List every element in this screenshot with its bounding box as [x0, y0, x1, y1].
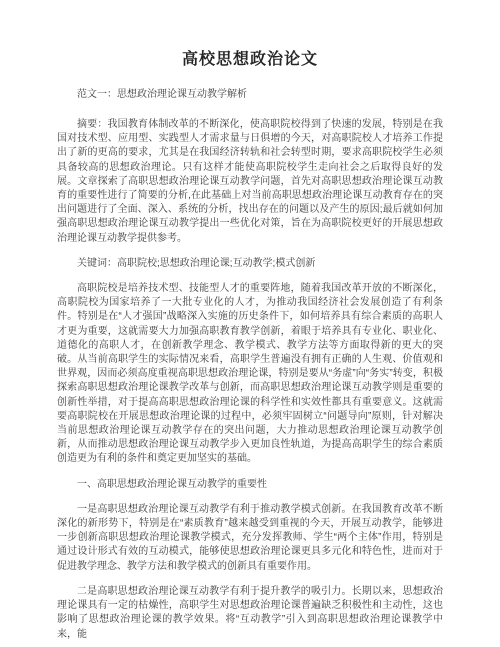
- document-page: 高校思想政治论文 范文一：思想政治理论课互动教学解析 摘要：我国教育体制改革的不…: [0, 0, 500, 647]
- body-paragraph: 一是高职思想政治理论课互动教学有利于推动教学模式创新。在我国教育改革不断深化的新…: [57, 503, 443, 574]
- abstract-paragraph: 摘要：我国教育体制改革的不断深化，使高职院校得到了快速的发展，特别是在我国对技术…: [57, 118, 443, 246]
- body-paragraph: 二是高职思想政治理论课互动教学有利于提升教学的吸引力。长期以来，思想政治理论课具…: [57, 585, 443, 642]
- document-subtitle: 范文一：思想政治理论课互动教学解析: [57, 88, 443, 102]
- document-title: 高校思想政治论文: [57, 50, 443, 70]
- section-heading-1: 一、高职思想政治理论课互动教学的重要性: [57, 478, 443, 492]
- keywords-line: 关键词：高职院校;思想政治理论课;互动教学;模式创新: [57, 257, 443, 271]
- body-paragraph: 高职院校是培养技术型、技能型人才的重要阵地，随着我国改革开放的不断深化，高职院校…: [57, 282, 443, 467]
